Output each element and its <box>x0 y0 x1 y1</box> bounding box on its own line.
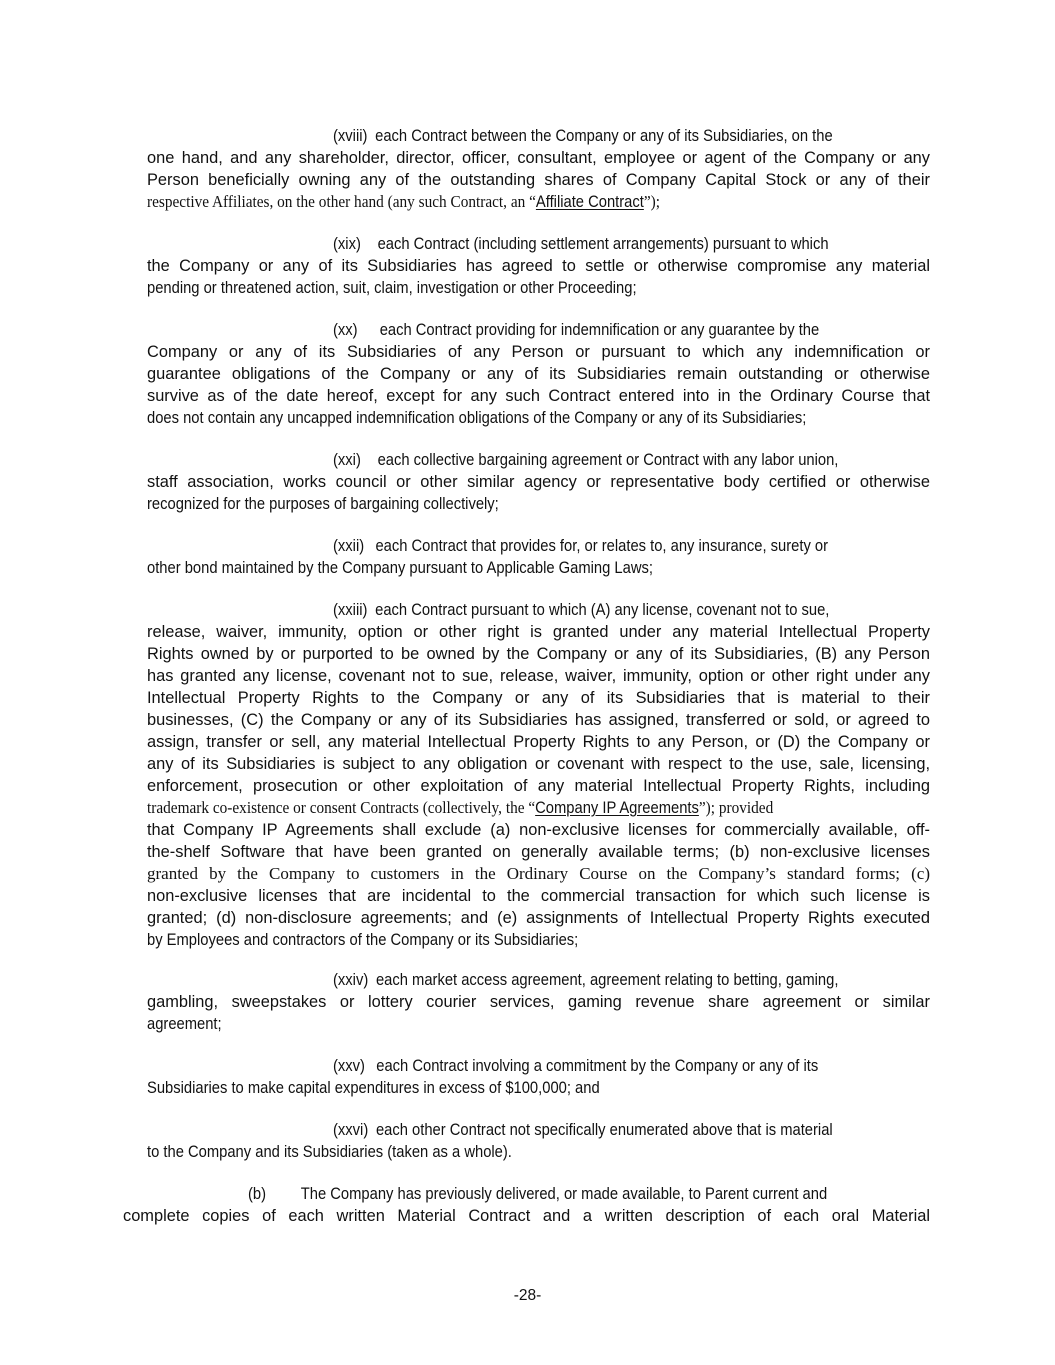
clause-text: each Contract pursuant to which (A) any … <box>375 601 829 619</box>
section-text: The Company has previously delivered, or… <box>301 1185 827 1203</box>
clause-line: that Company IP Agreements shall exclude… <box>147 819 930 841</box>
clause-line: the-shelf Software that have been grante… <box>147 841 930 863</box>
clause-text: each collective bargaining agreement or … <box>378 451 839 469</box>
clause-first-line: (xxvi) each other Contract not specifica… <box>333 1119 833 1141</box>
section-line: complete copies of each written Material… <box>123 1205 930 1227</box>
clause-line: other bond maintained by the Company pur… <box>147 557 653 579</box>
clause-line: businesses, (C) the Company or any of it… <box>147 709 930 731</box>
clause-line: agreement; <box>147 1013 222 1035</box>
clause-line: granted by the Company to customers in t… <box>147 863 930 885</box>
clause-label: (xxii) <box>333 537 364 555</box>
clause-text: respective Affiliates, on the other hand… <box>147 192 536 211</box>
clause-line: enforcement, prosecution or other exploi… <box>147 775 930 797</box>
clause-line: respective Affiliates, on the other hand… <box>147 191 660 213</box>
clause-label: (xxiv) <box>333 971 368 989</box>
clause-line: the Company or any of its Subsidiaries h… <box>147 255 930 277</box>
clause-line: Intellectual Property Rights to the Comp… <box>147 687 930 709</box>
clause-text: each Contract between the Company or any… <box>375 127 833 145</box>
clause-label: (xxv) <box>333 1057 365 1075</box>
clause-line: Rights owned by or purported to be owned… <box>147 643 930 665</box>
defined-term-company-ip-agreements: Company IP Agreements <box>535 799 699 817</box>
clause-label: (xxi) <box>333 451 361 469</box>
clause-line: trademark co-existence or consent Contra… <box>147 797 773 819</box>
defined-term-affiliate-contract: Affiliate Contract <box>536 193 644 211</box>
section-first-line: (b) The Company has previously delivered… <box>248 1183 827 1205</box>
clause-line: survive as of the date hereof, except fo… <box>147 385 930 407</box>
clause-line: Company or any of its Subsidiaries of an… <box>147 341 930 363</box>
clause-line: staff association, works council or othe… <box>147 471 930 493</box>
clause-first-line: (xix) each Contract (including settlemen… <box>333 233 829 255</box>
clause-first-line: (xviii) each Contract between the Compan… <box>333 125 833 147</box>
clause-label: (xxiii) <box>333 601 367 619</box>
clause-label: (xx) <box>333 321 358 339</box>
clause-text: each other Contract not specifically enu… <box>376 1121 833 1139</box>
clause-line: to the Company and its Subsidiaries (tak… <box>147 1141 512 1163</box>
clause-line: guarantee obligations of the Company or … <box>147 363 930 385</box>
clause-text: each Contract providing for indemnificat… <box>380 321 820 339</box>
clause-text: ”); <box>644 192 660 211</box>
clause-line: assign, transfer or sell, any material I… <box>147 731 930 753</box>
clause-line: Person beneficially owning any of the ou… <box>147 169 930 191</box>
clause-first-line: (xxiv) each market access agreement, agr… <box>333 969 838 991</box>
clause-line: pending or threatened action, suit, clai… <box>147 277 637 299</box>
clause-line: release, waiver, immunity, option or oth… <box>147 621 930 643</box>
clause-text: each Contract involving a commitment by … <box>376 1057 818 1075</box>
document-page: (xviii) each Contract between the Compan… <box>0 0 1055 1365</box>
section-label: (b) <box>248 1185 266 1203</box>
clause-text: each market access agreement, agreement … <box>376 971 838 989</box>
clause-text: ”); provided <box>699 798 773 817</box>
clause-line: granted; (d) non-disclosure agreements; … <box>147 907 930 929</box>
clause-first-line: (xxiii) each Contract pursuant to which … <box>333 599 829 621</box>
clause-line: recognized for the purposes of bargainin… <box>147 493 499 515</box>
clause-first-line: (xxi) each collective bargaining agreeme… <box>333 449 838 471</box>
clause-label: (xxvi) <box>333 1121 368 1139</box>
clause-line: does not contain any uncapped indemnific… <box>147 407 806 429</box>
clause-line: gambling, sweepstakes or lottery courier… <box>147 991 930 1013</box>
clause-text: each Contract (including settlement arra… <box>378 235 829 253</box>
clause-first-line: (xx) each Contract providing for indemni… <box>333 319 819 341</box>
clause-line: non-exclusive licenses that are incident… <box>147 885 930 907</box>
clause-line: Subsidiaries to make capital expenditure… <box>147 1077 600 1099</box>
page-number: -28- <box>0 1286 1055 1306</box>
clause-line: any of its Subsidiaries is subject to an… <box>147 753 930 775</box>
clause-line: one hand, and any shareholder, director,… <box>147 147 930 169</box>
clause-label: (xix) <box>333 235 361 253</box>
clause-first-line: (xxv) each Contract involving a commitme… <box>333 1055 818 1077</box>
clause-text: each Contract that provides for, or rela… <box>375 537 828 555</box>
clause-first-line: (xxii) each Contract that provides for, … <box>333 535 828 557</box>
clause-label: (xviii) <box>333 127 367 145</box>
clause-line: by Employees and contractors of the Comp… <box>147 929 578 951</box>
clause-text: trademark co-existence or consent Contra… <box>147 798 535 817</box>
clause-line: has granted any license, covenant not to… <box>147 665 930 687</box>
